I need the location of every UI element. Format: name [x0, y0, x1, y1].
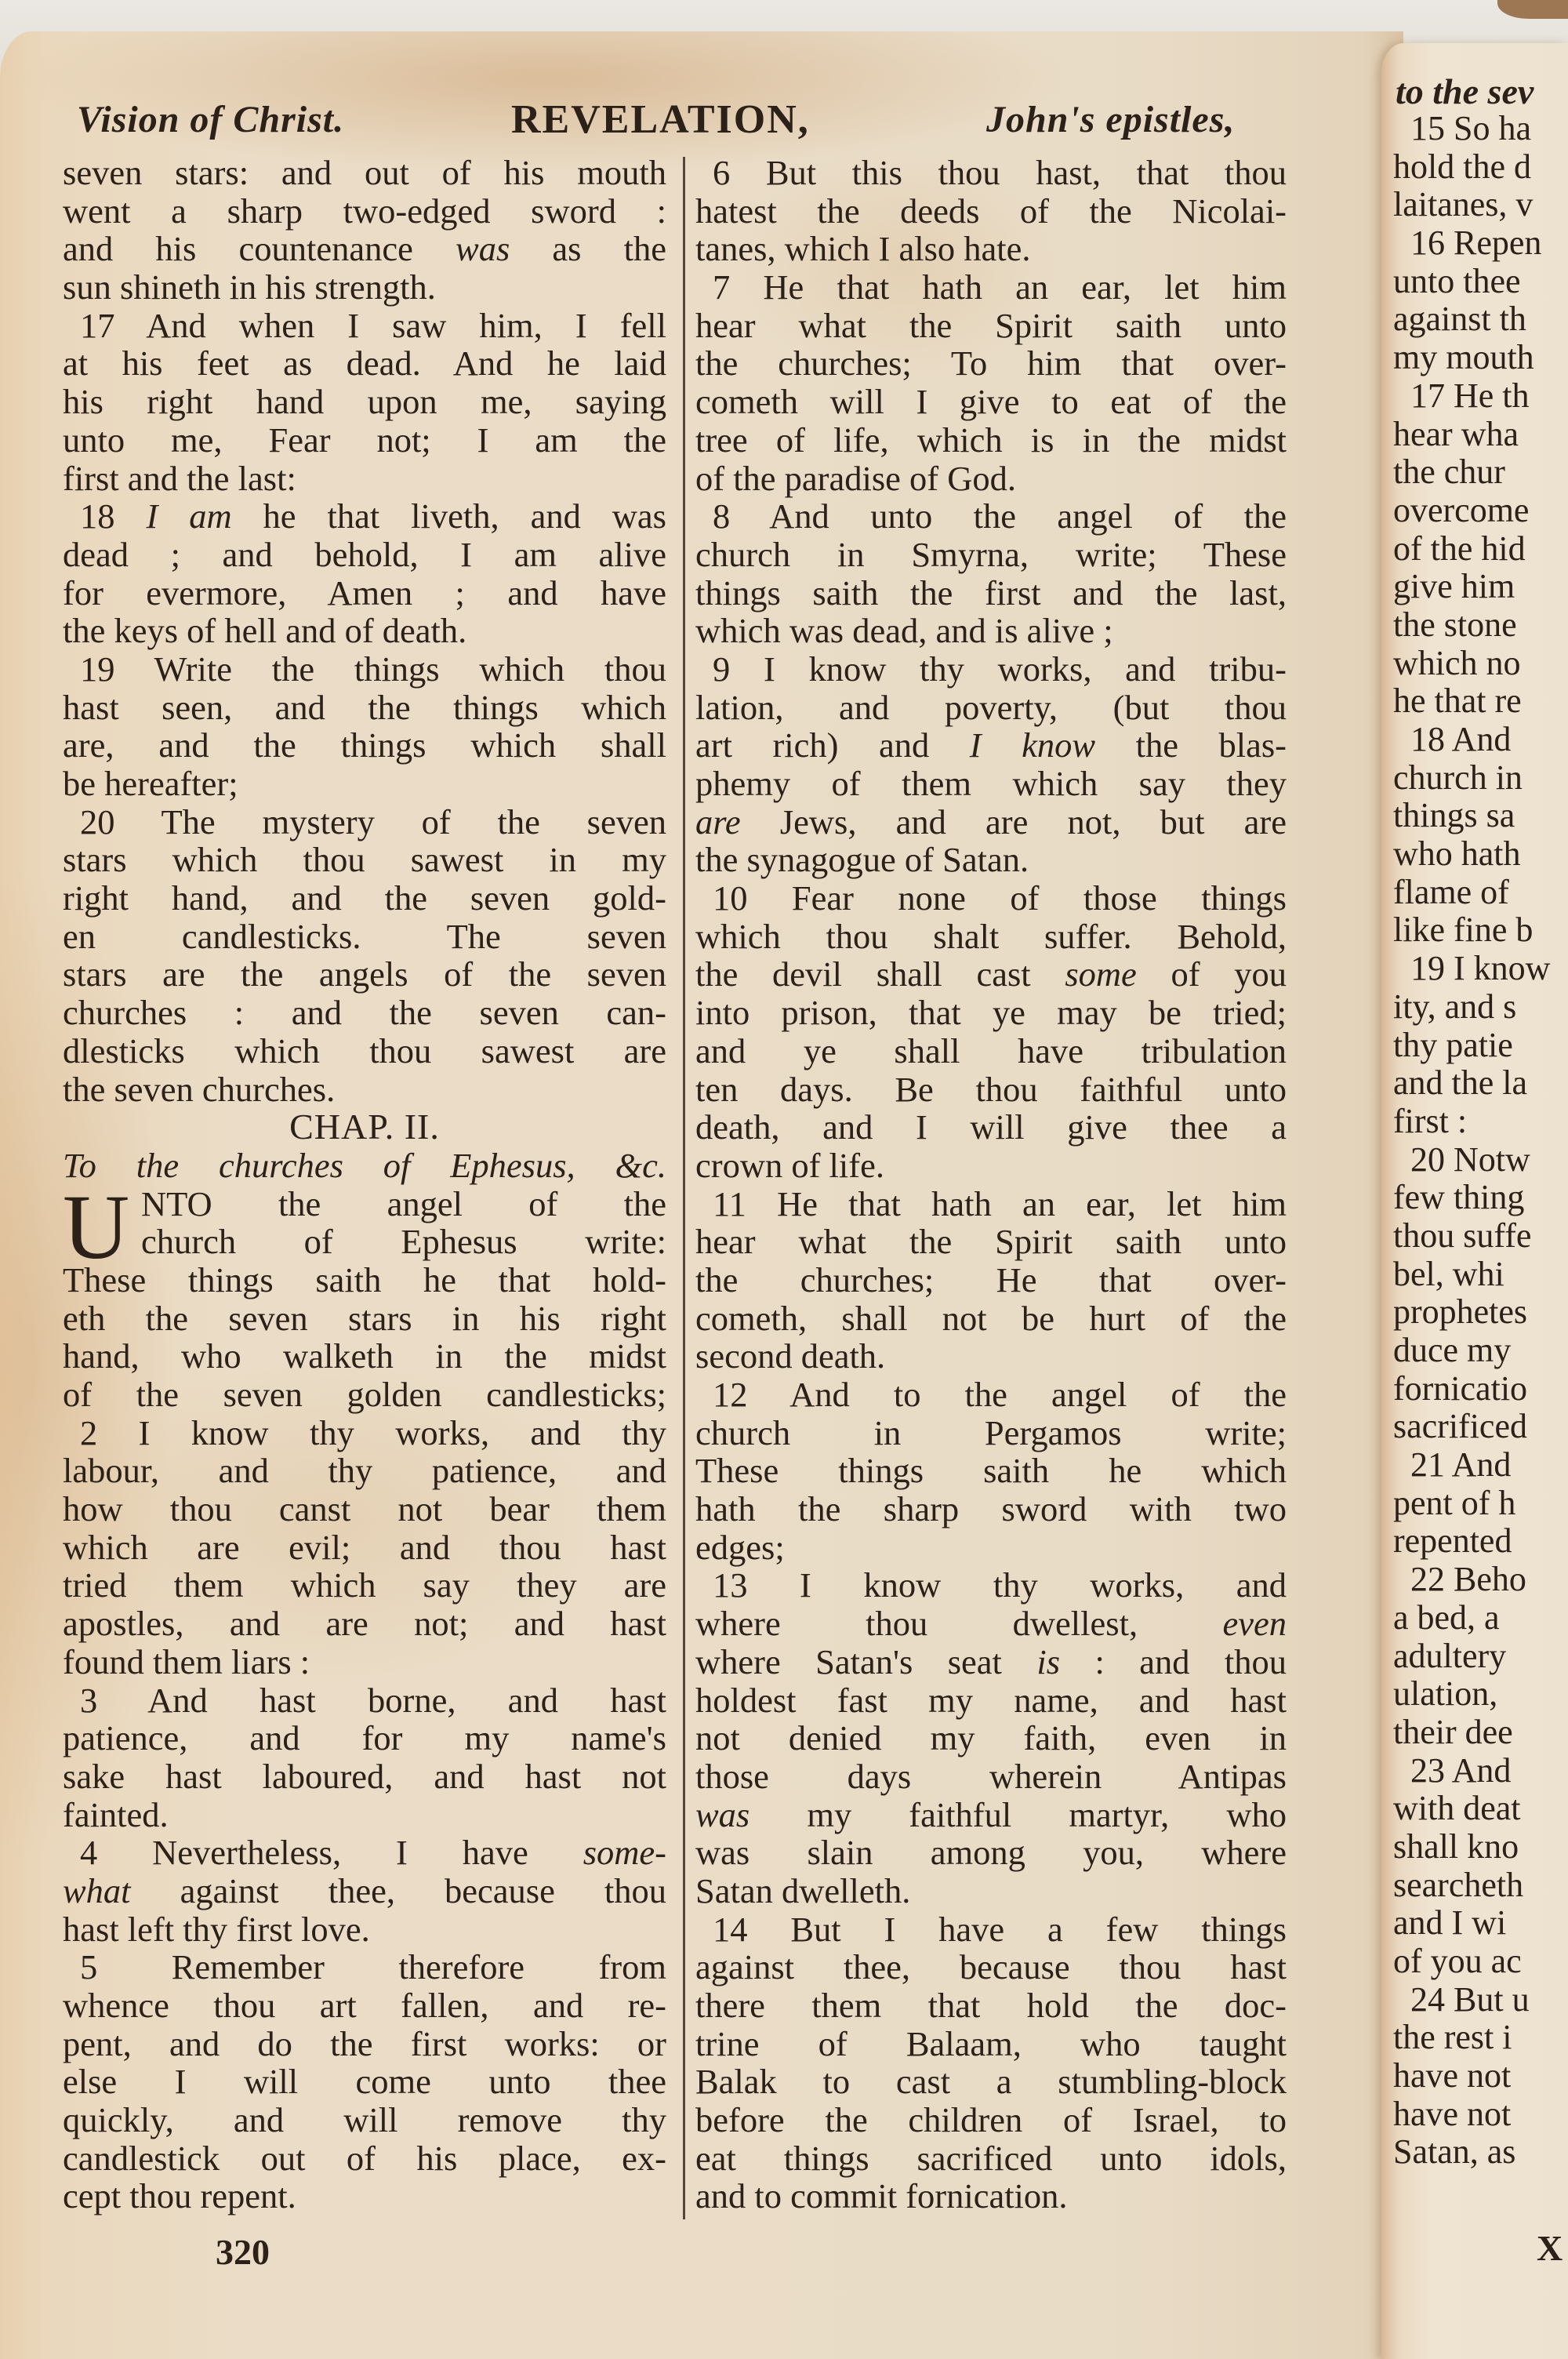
text-line: 12 And to the angel of the	[695, 1376, 1287, 1414]
text-line: 6 But this thou hast, that thou	[695, 154, 1287, 192]
text-line: fainted.	[63, 1796, 666, 1834]
text-line: his right hand upon me, saying	[63, 383, 666, 421]
line-text: where thou dwellest,	[695, 1604, 1222, 1643]
text-line: churches : and the seven can-	[63, 994, 666, 1032]
signature-mark: X	[1537, 2227, 1563, 2269]
text-line: stars are the angels of the seven	[63, 955, 666, 994]
chapter-heading: CHAP. II.	[63, 1108, 666, 1147]
text-line: bel, whi	[1393, 1256, 1568, 1294]
line-text: Jews, and are not, but are	[741, 802, 1287, 841]
line-text: and his countenance	[63, 229, 456, 268]
text-line: hast seen, and the things which	[63, 689, 666, 727]
text-line: 14 But I have a few things	[695, 1910, 1287, 1949]
running-head-right: John's epistles,	[986, 93, 1235, 147]
text-line: 16 Repen	[1393, 224, 1568, 263]
text-line: church in Smyrna, write; These	[695, 536, 1287, 574]
text-line: which no	[1393, 645, 1568, 683]
text-line: into prison, that ye may be tried;	[695, 994, 1287, 1032]
line-text: the devil shall cast	[695, 954, 1065, 994]
text-line: 24 But u	[1393, 1981, 1568, 2019]
text-line: and I wi	[1393, 1904, 1568, 1943]
text-line: 11 He that hath an ear, let him	[695, 1185, 1287, 1223]
line-text: he that liveth, and was	[232, 496, 666, 536]
text-line: patience, and for my name's	[63, 1719, 666, 1757]
text-line: duce my	[1393, 1332, 1568, 1370]
text-line: for evermore, Amen ; and have	[63, 574, 666, 612]
text-line: and his countenance was as the	[63, 230, 666, 268]
text-line: tanes, which I also hate.	[695, 230, 1287, 268]
text-line: tree of life, which is in the midst	[695, 421, 1287, 460]
text-line: 17 And when I saw him, I fell	[63, 307, 666, 345]
text-line: shall kno	[1393, 1828, 1568, 1866]
text-line: fornicatio	[1393, 1370, 1568, 1408]
facing-page-text-column: 15 So hahold the dlaitanes, v16 Repenunt…	[1393, 110, 1568, 2172]
left-text-column: seven stars: and out of his mouthwent a …	[63, 154, 666, 2215]
text-line: first and the last:	[63, 460, 666, 498]
text-line: lation, and poverty, (but thou	[695, 689, 1287, 727]
text-line: labour, and thy patience, and	[63, 1452, 666, 1490]
text-line: 7 He that hath an ear, let him	[695, 268, 1287, 307]
text-line: 18 I am he that liveth, and was	[63, 497, 666, 536]
line-text: 18	[80, 496, 146, 536]
text-line: of the seven golden candlesticks;	[63, 1376, 666, 1414]
text-line: with deat	[1393, 1790, 1568, 1828]
text-line: and ye shall have tribulation	[695, 1032, 1287, 1070]
text-line: their dee	[1393, 1714, 1568, 1752]
text-line: death, and I will give thee a	[695, 1108, 1287, 1147]
text-line: are Jews, and are not, but are	[695, 803, 1287, 841]
text-line: where thou dwellest, even	[695, 1605, 1287, 1643]
text-line: the devil shall cast some of you	[695, 955, 1287, 994]
text-line: Satan dwelleth.	[695, 1872, 1287, 1910]
text-line: hear wha	[1393, 416, 1568, 454]
text-line: 13 I know thy works, and	[695, 1566, 1287, 1605]
text-line: where Satan's seat is : and thou	[695, 1643, 1287, 1681]
text-line: unto me, Fear not; I am the	[63, 421, 666, 460]
column-divider-rule	[683, 157, 685, 2219]
text-line: pent, and do the first works: or	[63, 2025, 666, 2063]
text-line: there them that hold the doc-	[695, 1986, 1287, 2025]
text-line: flame of	[1393, 874, 1568, 912]
text-line: who hath	[1393, 835, 1568, 874]
text-line: the keys of hell and of death.	[63, 612, 666, 650]
text-line: of you ac	[1393, 1943, 1568, 1981]
text-line: things saith the first and the last,	[695, 574, 1287, 612]
middle-text-column: 6 But this thou hast, that thouhatest th…	[695, 154, 1287, 2215]
text-line: phemy of them which say they	[695, 765, 1287, 803]
text-line: 22 Beho	[1393, 1561, 1568, 1599]
text-line: second death.	[695, 1337, 1287, 1376]
text-line: sake hast laboured, and hast not	[63, 1757, 666, 1796]
italic-supplied-word: even	[1222, 1604, 1287, 1643]
text-line: a bed, a	[1393, 1599, 1568, 1637]
line-text: NTO the angel of the	[141, 1184, 666, 1223]
italic-supplied-word: was	[456, 229, 510, 268]
text-line: first :	[1393, 1103, 1568, 1141]
text-line: These things saith he that hold-	[63, 1261, 666, 1299]
line-text: the blas-	[1095, 725, 1287, 765]
text-line: and to commit fornication.	[695, 2177, 1287, 2215]
text-line: those days wherein Antipas	[695, 1757, 1287, 1796]
text-line: else I will come unto thee	[63, 2063, 666, 2101]
italic-supplied-word: some	[1065, 954, 1136, 994]
text-line: sun shineth in his strength.	[63, 268, 666, 307]
text-line: against thee, because thou hast	[695, 1948, 1287, 1986]
text-line: 17 He th	[1393, 377, 1568, 416]
text-line: hear what the Spirit saith unto	[695, 1223, 1287, 1261]
text-line: 9 I know thy works, and tribu-	[695, 650, 1287, 689]
text-line: adultery	[1393, 1637, 1568, 1676]
italic-supplied-word: I know	[970, 725, 1095, 765]
text-line: thou suffe	[1393, 1217, 1568, 1256]
text-line: searcheth	[1393, 1866, 1568, 1905]
text-line: against th	[1393, 300, 1568, 339]
line-text: art rich) and	[695, 725, 970, 765]
italic-supplied-word: some-	[583, 1833, 666, 1872]
text-line: hast left thy first love.	[63, 1910, 666, 1949]
text-line: 3 And hast borne, and hast	[63, 1681, 666, 1720]
text-line: church in	[1393, 759, 1568, 798]
text-line: 19 Write the things which thou	[63, 650, 666, 689]
text-line: dlesticks which thou sawest are	[63, 1032, 666, 1070]
text-line: before the children of Israel, to	[695, 2101, 1287, 2139]
text-line: hand, who walketh in the midst	[63, 1337, 666, 1376]
italic-supplied-word: I am	[146, 496, 231, 536]
text-line: ulation,	[1393, 1675, 1568, 1714]
text-line: whence thou art fallen, and re-	[63, 1986, 666, 2025]
italic-supplied-word: what	[63, 1871, 131, 1910]
italic-supplied-word: are	[695, 802, 741, 841]
text-line: few thing	[1393, 1179, 1568, 1217]
text-line: 20 The mystery of the seven	[63, 803, 666, 841]
text-line: which was dead, and is alive ;	[695, 612, 1287, 650]
text-line: what against thee, because thou	[63, 1872, 666, 1910]
text-line: my mouth	[1393, 339, 1568, 377]
line-text: my faithful martyr, who	[750, 1795, 1287, 1834]
text-line: thy patie	[1393, 1027, 1568, 1065]
text-line: crown of life.	[695, 1147, 1287, 1185]
text-line: and the la	[1393, 1064, 1568, 1103]
text-line: These things saith he which	[695, 1452, 1287, 1490]
text-line: candlestick out of his place, ex-	[63, 2139, 666, 2178]
text-line: hath the sharp sword with two	[695, 1490, 1287, 1528]
text-line: 2 I know thy works, and thy	[63, 1414, 666, 1452]
text-line: edges;	[695, 1528, 1287, 1567]
text-line: trine of Balaam, who taught	[695, 2025, 1287, 2063]
chapter-summary: To the churches of Ephesus, &c.	[63, 1147, 666, 1185]
text-line: have not	[1393, 2057, 1568, 2095]
text-line: UNTO the angel of the	[63, 1185, 666, 1223]
text-line: things sa	[1393, 797, 1568, 835]
text-line: unto thee	[1393, 263, 1568, 301]
drop-cap-letter: U	[63, 1188, 129, 1267]
text-line: the churches; He that over-	[695, 1261, 1287, 1299]
text-line: cometh will I give to eat of the	[695, 383, 1287, 421]
text-line: 21 And	[1393, 1446, 1568, 1485]
text-line: 20 Notw	[1393, 1141, 1568, 1179]
text-line: which thou shalt suffer. Behold,	[695, 918, 1287, 956]
line-text: : and thou	[1060, 1642, 1287, 1681]
text-line: overcome	[1393, 492, 1568, 530]
line-text: of you	[1137, 954, 1287, 994]
text-line: 15 So ha	[1393, 110, 1568, 148]
text-line: repented	[1393, 1522, 1568, 1561]
text-line: laitanes, v	[1393, 186, 1568, 224]
text-line: which are evil; and thou hast	[63, 1528, 666, 1567]
text-line: ten days. Be thou faithful unto	[695, 1070, 1287, 1109]
text-line: how thou canst not bear them	[63, 1490, 666, 1528]
text-line: 4 Nevertheless, I have some-	[63, 1834, 666, 1872]
text-line: art rich) and I know the blas-	[695, 726, 1287, 765]
running-head-left: Vision of Christ.	[77, 93, 344, 147]
italic-supplied-word: was	[695, 1795, 750, 1834]
text-line: 23 And	[1393, 1752, 1568, 1790]
text-line: the seven churches.	[63, 1070, 666, 1109]
text-line: cometh, shall not be hurt of the	[695, 1299, 1287, 1338]
text-line: was slain among you, where	[695, 1834, 1287, 1872]
text-line: cept thou repent.	[63, 2177, 666, 2215]
text-line: sacrificed	[1393, 1408, 1568, 1446]
text-line: hold the d	[1393, 148, 1568, 187]
text-line: the chur	[1393, 453, 1568, 492]
text-line: 5 Remember therefore from	[63, 1948, 666, 1986]
text-line: hatest the deeds of the Nicolai-	[695, 192, 1287, 231]
text-line: the stone	[1393, 606, 1568, 645]
text-line: have not	[1393, 2095, 1568, 2134]
text-line: apostles, and are not; and hast	[63, 1605, 666, 1643]
text-line: prophetes	[1393, 1293, 1568, 1332]
text-line: of the hid	[1393, 530, 1568, 569]
text-line: eth the seven stars in his right	[63, 1299, 666, 1338]
text-line: he that re	[1393, 682, 1568, 721]
text-line: went a sharp two-edged sword :	[63, 192, 666, 231]
italic-supplied-word: is	[1036, 1642, 1060, 1681]
text-line: the rest i	[1393, 2019, 1568, 2057]
line-text: as the	[510, 229, 666, 268]
text-line: 19 I know	[1393, 950, 1568, 988]
text-line: be hereafter;	[63, 765, 666, 803]
text-line: 10 Fear none of those things	[695, 879, 1287, 918]
text-line: of the paradise of God.	[695, 460, 1287, 498]
text-line: tried them which say they are	[63, 1566, 666, 1605]
text-line: the synagogue of Satan.	[695, 841, 1287, 879]
text-line: like fine b	[1393, 911, 1568, 950]
text-line: church in Pergamos write;	[695, 1414, 1287, 1452]
text-line: at his feet as dead. And he laid	[63, 344, 666, 383]
text-line: the churches; To him that over-	[695, 344, 1287, 383]
text-line: right hand, and the seven gold-	[63, 879, 666, 918]
line-text: 4 Nevertheless, I have	[80, 1833, 583, 1872]
running-head-book-title: REVELATION,	[511, 93, 810, 147]
text-line: give him	[1393, 568, 1568, 606]
text-line: stars which thou sawest in my	[63, 841, 666, 879]
text-line: Satan, as	[1393, 2133, 1568, 2172]
text-line: quickly, and will remove thy	[63, 2101, 666, 2139]
text-line: was my faithful martyr, who	[695, 1796, 1287, 1834]
text-line: found them liars :	[63, 1643, 666, 1681]
line-text: where Satan's seat	[695, 1642, 1036, 1681]
text-line: dead ; and behold, I am alive	[63, 536, 666, 574]
page-number: 320	[216, 2231, 270, 2273]
line-text: against thee, because thou	[131, 1871, 666, 1910]
text-line: not denied my faith, even in	[695, 1719, 1287, 1757]
text-line: eat things sacrificed unto idols,	[695, 2139, 1287, 2178]
text-line: hear what the Spirit saith unto	[695, 307, 1287, 345]
text-line: are, and the things which shall	[63, 726, 666, 765]
text-line: 18 And	[1393, 721, 1568, 759]
text-line: Balak to cast a stumbling-block	[695, 2063, 1287, 2101]
text-line: holdest fast my name, and hast	[695, 1681, 1287, 1720]
text-line: pent of h	[1393, 1485, 1568, 1523]
text-line: ity, and s	[1393, 988, 1568, 1027]
text-line: seven stars: and out of his mouth	[63, 154, 666, 192]
text-line: church of Ephesus write:	[63, 1223, 666, 1261]
text-line: en candlesticks. The seven	[63, 918, 666, 956]
text-line: 8 And unto the angel of the	[695, 497, 1287, 536]
